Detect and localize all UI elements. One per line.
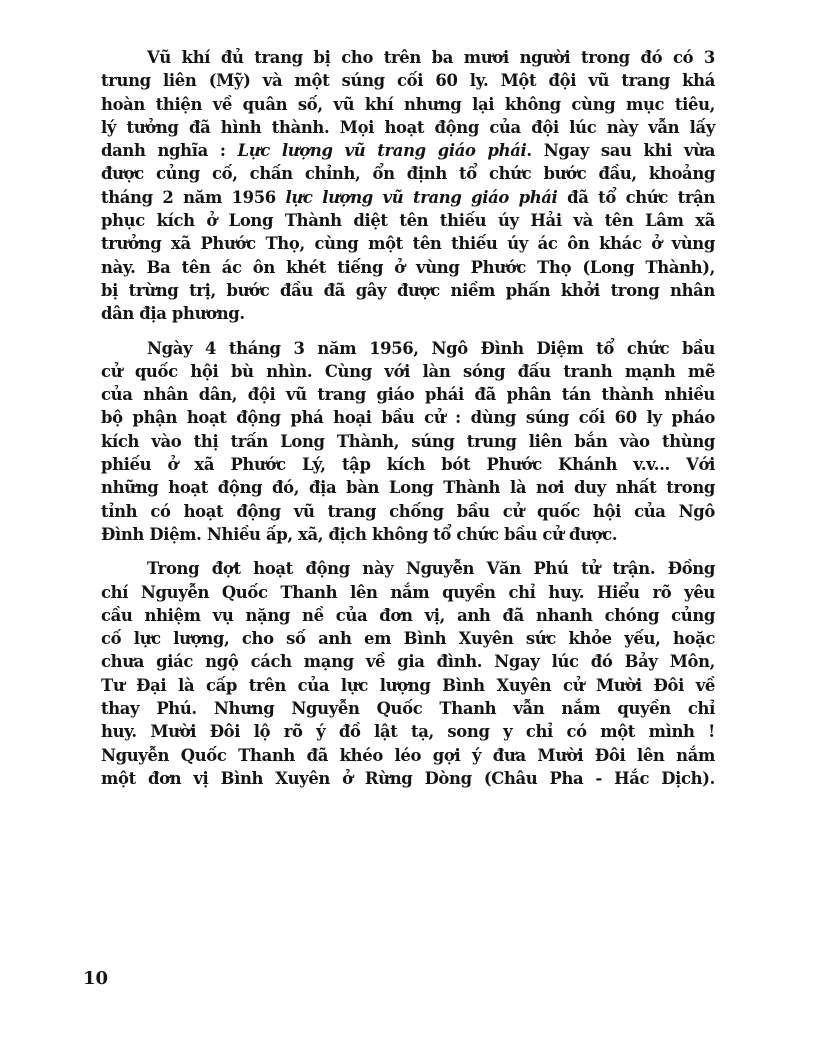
text-line: cố lực lượng, cho số anh em Bình Xuyên s… — [101, 627, 715, 650]
text-line: trung liên (Mỹ) và một súng cối 60 ly. M… — [101, 69, 715, 92]
text-line: tháng 2 năm 1956 lực lượng vũ trang giáo… — [101, 186, 715, 209]
text-line: phục kích ở Long Thành diệt tên thiếu úy… — [101, 209, 715, 232]
text-line: chí Nguyễn Quốc Thanh lên nắm quyền chỉ … — [101, 581, 715, 604]
text-line: những hoạt động đó, địa bàn Long Thành l… — [101, 476, 715, 499]
page-body: Vũ khí đủ trang bị cho trên ba mươi ngườ… — [101, 46, 715, 801]
italic-term: Lực lượng vũ trang giáo phái — [238, 141, 527, 160]
paragraph-1: Vũ khí đủ trang bị cho trên ba mươi ngườ… — [101, 46, 715, 326]
text-line: kích vào thị trấn Long Thành, súng trung… — [101, 430, 715, 453]
text-line: bị trừng trị, bước đầu đã gây được niềm … — [101, 279, 715, 302]
text-line: danh nghĩa : Lực lượng vũ trang giáo phá… — [101, 139, 715, 162]
text-run: . Ngay sau khi vừa — [526, 141, 715, 160]
text-line: Vũ khí đủ trang bị cho trên ba mươi ngườ… — [101, 46, 715, 69]
text-line: của nhân dân, đội vũ trang giáo phái đã … — [101, 383, 715, 406]
text-line: Ngày 4 tháng 3 năm 1956, Ngô Đình Diệm t… — [101, 337, 715, 360]
page-number: 10 — [83, 968, 108, 989]
text-line: một đơn vị Bình Xuyên ở Rừng Dòng (Châu … — [101, 767, 715, 790]
text-line: Trong đợt hoạt động này Nguyễn Văn Phú t… — [101, 557, 715, 580]
text-line: Tư Đại là cấp trên của lực lượng Bình Xu… — [101, 674, 715, 697]
paragraph-2: Ngày 4 tháng 3 năm 1956, Ngô Đình Diệm t… — [101, 337, 715, 547]
text-line: hoàn thiện về quân số, vũ khí nhưng lại … — [101, 93, 715, 116]
text-run: đã tổ chức trận — [557, 188, 715, 207]
text-line: được củng cố, chấn chỉnh, ổn định tổ chứ… — [101, 162, 715, 185]
text-line: trưởng xã Phước Thọ, cùng một tên thiếu … — [101, 232, 715, 255]
text-line: lý tưởng đã hình thành. Mọi hoạt động củ… — [101, 116, 715, 139]
text-line: tỉnh có hoạt động vũ trang chống bầu cử … — [101, 500, 715, 523]
text-line: bộ phận hoạt động phá hoại bầu cử : dùng… — [101, 406, 715, 429]
text-line: chưa giác ngộ cách mạng về gia đình. Nga… — [101, 650, 715, 673]
text-run: tháng 2 năm 1956 — [101, 188, 285, 207]
text-line: thay Phú. Nhưng Nguyễn Quốc Thanh vẫn nắ… — [101, 697, 715, 720]
text-line: cử quốc hội bù nhìn. Cùng với làn sóng đ… — [101, 360, 715, 383]
text-line: huy. Mười Đôi lộ rõ ý đồ lật tạ, song y … — [101, 720, 715, 743]
paragraph-3: Trong đợt hoạt động này Nguyễn Văn Phú t… — [101, 557, 715, 790]
text-line: dân địa phương. — [101, 302, 715, 325]
text-line: Đình Diệm. Nhiều ấp, xã, địch không tổ c… — [101, 523, 715, 546]
italic-term: lực lượng vũ trang giáo phái — [285, 188, 557, 207]
text-line: phiếu ở xã Phước Lý, tập kích bót Phước … — [101, 453, 715, 476]
text-line: này. Ba tên ác ôn khét tiếng ở vùng Phướ… — [101, 256, 715, 279]
text-line: Nguyễn Quốc Thanh đã khéo léo gợi ý đưa … — [101, 744, 715, 767]
text-line: cầu nhiệm vụ nặng nề của đơn vị, anh đã … — [101, 604, 715, 627]
text-run: danh nghĩa : — [101, 141, 238, 160]
